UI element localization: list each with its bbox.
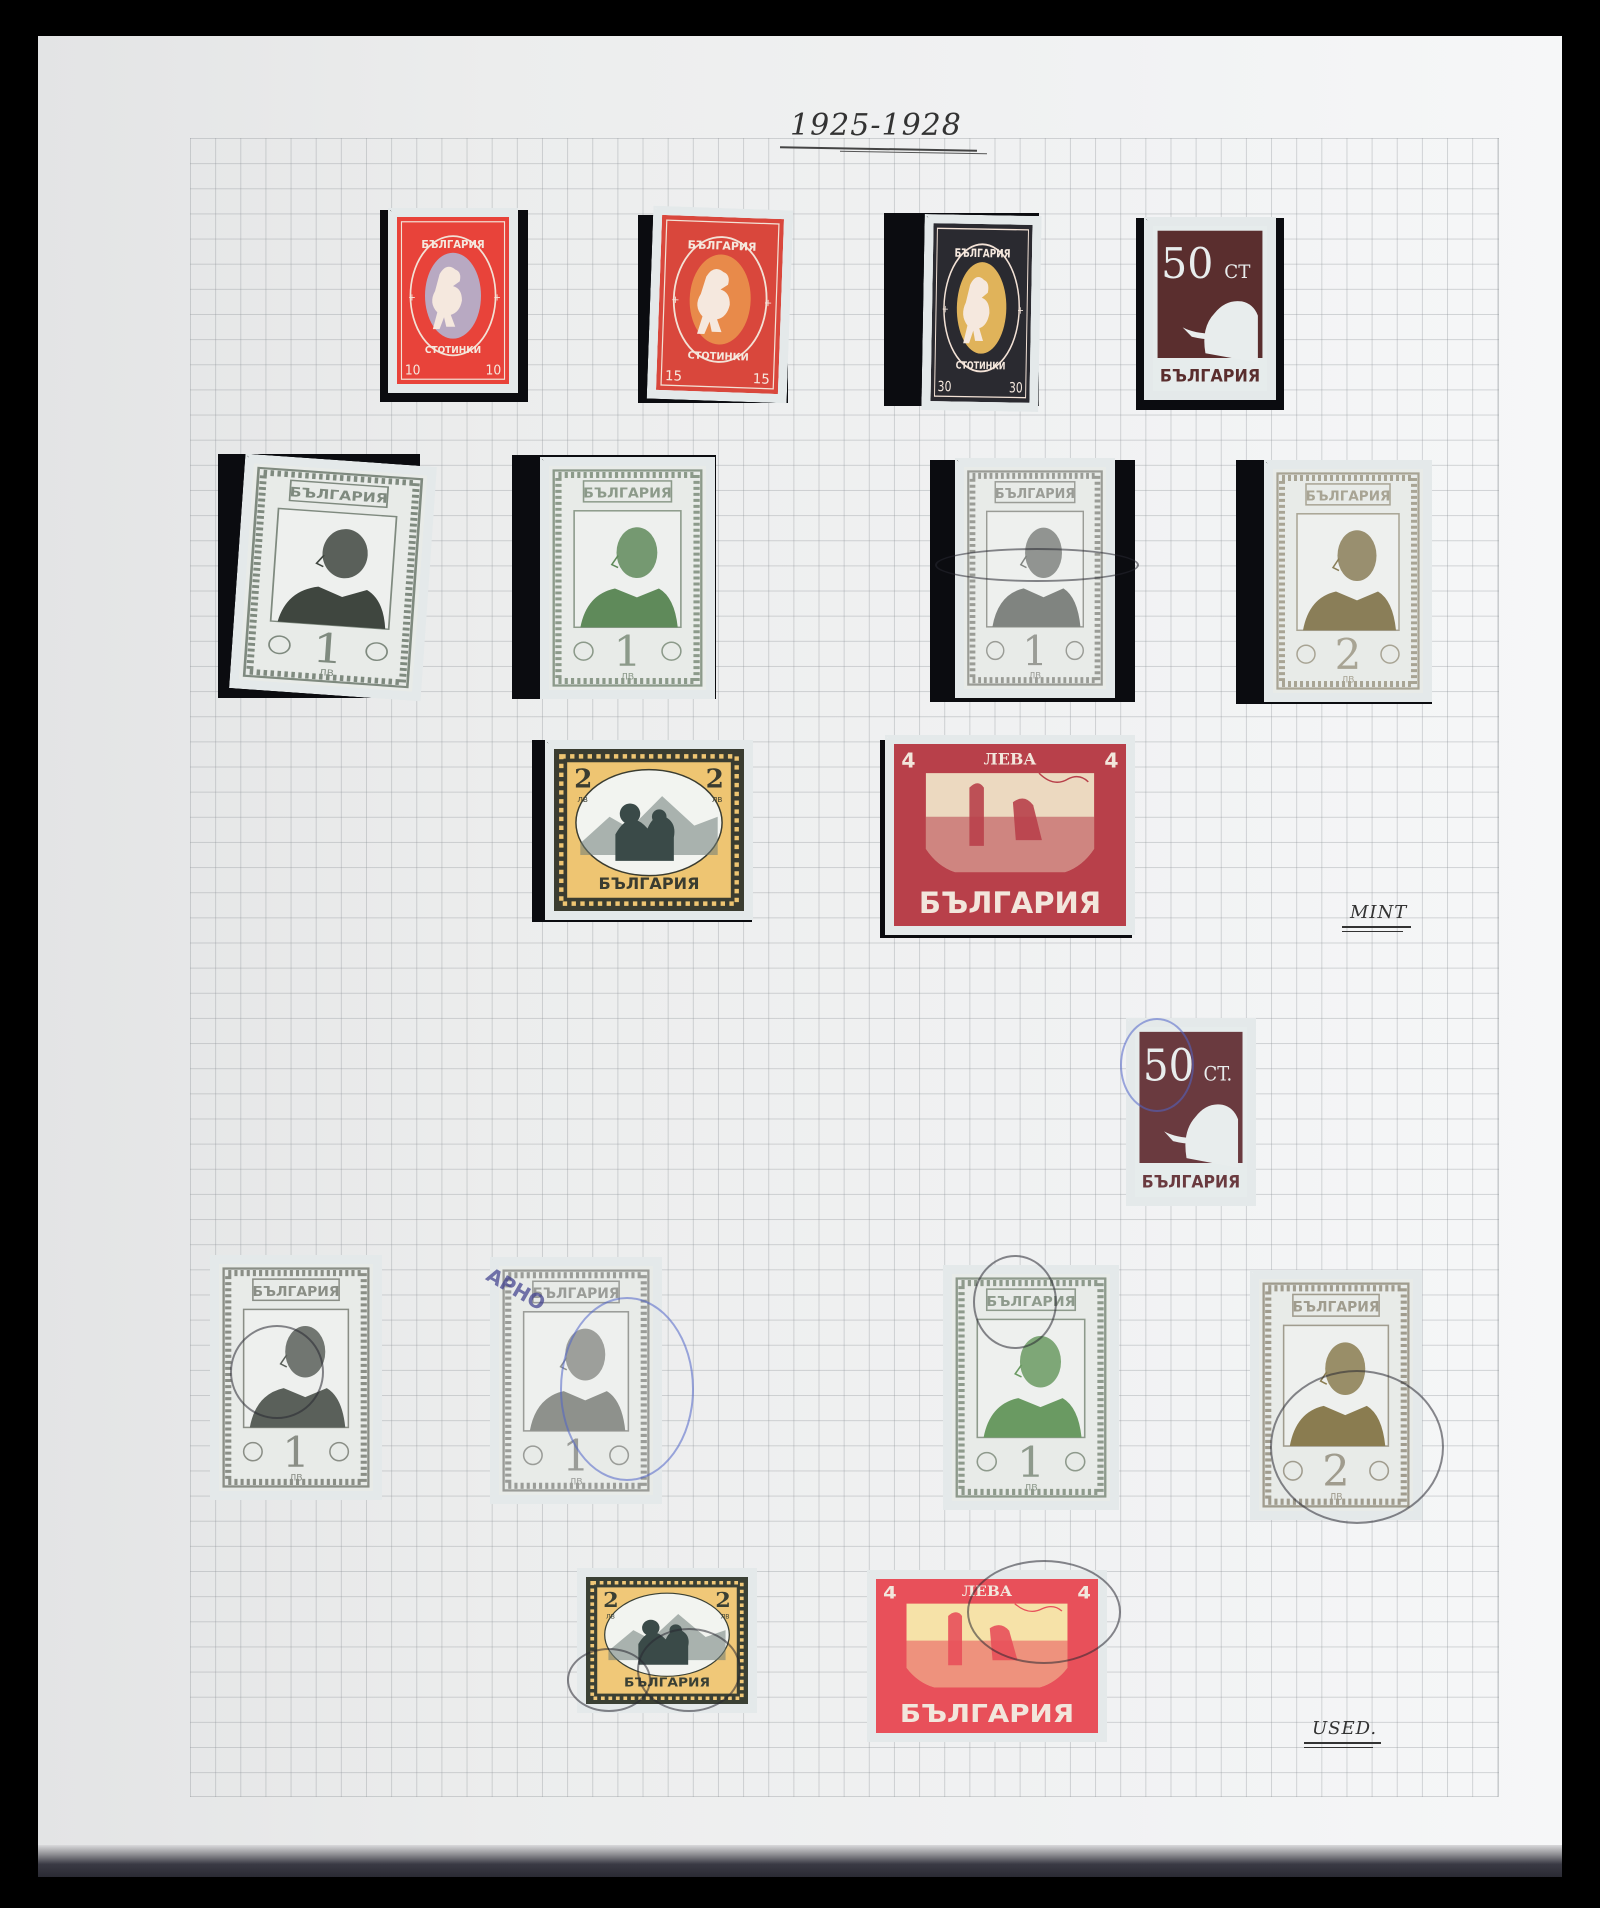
stamp-design: БЪЛГАРИЯ 1 ЛВ bbox=[549, 466, 706, 690]
svg-text:50: 50 bbox=[1143, 1040, 1194, 1091]
svg-text:1: 1 bbox=[562, 1432, 589, 1482]
stamp-used-lion-head-50: 50 CT. БЪЛГАРИЯ bbox=[1126, 1018, 1256, 1206]
svg-text:ЛВ: ЛВ bbox=[289, 1472, 302, 1483]
svg-text:БЪЛГАРИЯ: БЪЛГАРИЯ bbox=[421, 239, 484, 251]
svg-text:БЪЛГАРИЯ: БЪЛГАРИЯ bbox=[599, 874, 700, 893]
stamp-mint-lion-30: БЪЛГАРИЯ СТОТИНКИ 30 30 ++ bbox=[921, 214, 1041, 412]
svg-text:ЛВ: ЛВ bbox=[1029, 671, 1041, 681]
svg-text:БЪЛГАРИЯ: БЪЛГАРИЯ bbox=[252, 1284, 339, 1300]
stamp-design: БЪЛГАРИЯ СТОТИНКИ 15 15 ++ bbox=[656, 215, 784, 394]
stamp-mint-lion-10: БЪЛГАРИЯ СТОТИНКИ 10 10 ++ bbox=[388, 208, 518, 393]
stamp-design: БЪЛГАРИЯ 1 ЛВ bbox=[219, 1264, 373, 1491]
stamp-mint-lion-head-50: 50 CT БЪЛГАРИЯ bbox=[1144, 217, 1276, 400]
svg-text:2: 2 bbox=[1335, 630, 1362, 679]
svg-text:4: 4 bbox=[1077, 1584, 1091, 1604]
stamp-mint-portrait-1: БЪЛГАРИЯ 1 ЛВ bbox=[540, 457, 715, 699]
svg-text:2: 2 bbox=[706, 763, 724, 794]
stamp-used-harvest-4: ЛЕВА 4 4 БЪЛГАРИЯ bbox=[867, 1570, 1107, 1742]
svg-text:15: 15 bbox=[665, 368, 683, 385]
svg-text:10: 10 bbox=[485, 362, 501, 377]
svg-text:+: + bbox=[408, 292, 416, 303]
svg-text:СТОТИНКИ: СТОТИНКИ bbox=[687, 350, 749, 363]
svg-text:БЪЛГАРИЯ: БЪЛГАРИЯ bbox=[1293, 1299, 1380, 1315]
svg-text:1: 1 bbox=[614, 628, 642, 677]
stamp-design: ЛЕВА 4 4 БЪЛГАРИЯ bbox=[894, 744, 1126, 926]
stamp-mint-lion-15: БЪЛГАРИЯ СТОТИНКИ 15 15 ++ bbox=[647, 206, 794, 404]
svg-text:4: 4 bbox=[883, 1584, 897, 1604]
svg-text:СТОТИНКИ: СТОТИНКИ bbox=[956, 361, 1006, 373]
stamp-mint-portrait-1: БЪЛГАРИЯ 1 ЛВ bbox=[955, 458, 1115, 698]
svg-text:CT: CT bbox=[1224, 262, 1251, 283]
svg-text:15: 15 bbox=[753, 371, 771, 388]
svg-text:4: 4 bbox=[901, 748, 915, 772]
stamp-used-portrait-1: БЪЛГАРИЯ 1 ЛВ bbox=[210, 1255, 382, 1500]
stamp-design: БЪЛГАРИЯ 1 ЛВ bbox=[952, 1274, 1110, 1501]
stamp-design: БЪЛГАРИЯ 1 ЛВ bbox=[499, 1266, 653, 1495]
mint-label: MINT bbox=[1350, 902, 1407, 923]
svg-text:+: + bbox=[1017, 306, 1024, 317]
page-protector-edge bbox=[38, 1845, 1562, 1877]
svg-text:+: + bbox=[671, 295, 680, 306]
svg-text:БЪЛГАРИЯ: БЪЛГАРИЯ bbox=[583, 486, 672, 502]
svg-text:1: 1 bbox=[282, 1428, 309, 1478]
stamp-design: 2 2 ЛВЛВ БЪЛГАРИЯ bbox=[586, 1577, 748, 1704]
svg-text:+: + bbox=[764, 298, 773, 309]
svg-text:+: + bbox=[493, 292, 501, 303]
stamp-design: БЪЛГАРИЯ 1 ЛВ bbox=[964, 467, 1106, 689]
svg-text:ЛЕВА: ЛЕВА bbox=[962, 1584, 1013, 1600]
svg-text:БЪЛГАРИЯ: БЪЛГАРИЯ bbox=[900, 1700, 1074, 1728]
svg-text:ЛВ: ЛВ bbox=[1329, 1492, 1342, 1503]
svg-text:БЪЛГАРИЯ: БЪЛГАРИЯ bbox=[1160, 366, 1260, 385]
svg-text:ЛВ: ЛВ bbox=[1024, 1483, 1038, 1494]
svg-text:30: 30 bbox=[938, 378, 952, 395]
svg-text:ЛВ: ЛВ bbox=[606, 1614, 615, 1621]
used-label-text: USED. bbox=[1312, 1718, 1377, 1739]
svg-text:30: 30 bbox=[1009, 379, 1023, 396]
svg-text:1: 1 bbox=[1017, 1439, 1045, 1488]
stamp-design: БЪЛГАРИЯ СТОТИНКИ 10 10 ++ bbox=[397, 217, 509, 384]
svg-text:+: + bbox=[942, 304, 949, 315]
svg-text:ЛВ: ЛВ bbox=[721, 1614, 730, 1621]
stamp-mint-harvest-4: ЛЕВА 4 4 БЪЛГАРИЯ bbox=[885, 735, 1135, 935]
svg-text:ЛВ: ЛВ bbox=[1342, 676, 1355, 686]
svg-text:ЛВ: ЛВ bbox=[569, 1476, 582, 1487]
stamp-design: БЪЛГАРИЯ 2 ЛВ bbox=[1259, 1279, 1413, 1511]
page-heading-text: 1925-1928 bbox=[790, 108, 962, 143]
page-heading: 1925-1928 bbox=[790, 108, 962, 143]
svg-text:БЪЛГАРИЯ: БЪЛГАРИЯ bbox=[624, 1676, 710, 1690]
stamp-used-portrait-2: БЪЛГАРИЯ 2 ЛВ bbox=[1250, 1270, 1422, 1520]
svg-text:ЛЕВА: ЛЕВА bbox=[984, 749, 1037, 768]
stamp-design: БЪЛГАРИЯ 2 ЛВ bbox=[1273, 469, 1423, 693]
svg-text:БЪЛГАРИЯ: БЪЛГАРИЯ bbox=[919, 886, 1101, 920]
stamp-used-portrait-1: БЪЛГАРИЯ 1 ЛВ АРНО bbox=[490, 1257, 662, 1504]
stamp-mint-portrait-2: БЪЛГАРИЯ 2 ЛВ bbox=[1264, 460, 1432, 702]
svg-text:50: 50 bbox=[1161, 238, 1213, 288]
used-label: USED. bbox=[1312, 1718, 1377, 1739]
stamp-design: БЪЛГАРИЯ СТОТИНКИ 30 30 ++ bbox=[930, 223, 1032, 403]
svg-text:ЛВ: ЛВ bbox=[577, 795, 588, 804]
svg-text:БЪЛГАРИЯ: БЪЛГАРИЯ bbox=[687, 238, 756, 254]
svg-text:1: 1 bbox=[311, 624, 345, 674]
stamp-mint-portrait-1: БЪЛГАРИЯ 1 ЛВ bbox=[229, 454, 437, 702]
svg-text:БЪЛГАРИЯ: БЪЛГАРИЯ bbox=[995, 487, 1075, 502]
svg-text:2: 2 bbox=[715, 1589, 731, 1613]
stamp-mint-cathedral-2: 2 2 ЛВЛВ БЪЛГАРИЯ bbox=[545, 740, 753, 920]
stamp-design: БЪЛГАРИЯ 1 ЛВ bbox=[239, 463, 428, 692]
svg-text:БЪЛГАРИЯ: БЪЛГАРИЯ bbox=[954, 247, 1010, 261]
stamp-design: 50 CT БЪЛГАРИЯ bbox=[1153, 226, 1267, 391]
stamp-design: 50 CT. БЪЛГАРИЯ bbox=[1135, 1027, 1247, 1197]
svg-text:БЪЛГАРИЯ: БЪЛГАРИЯ bbox=[532, 1286, 619, 1302]
stamp-design: ЛЕВА 4 4 БЪЛГАРИЯ bbox=[876, 1579, 1098, 1733]
svg-text:2: 2 bbox=[603, 1589, 619, 1613]
svg-text:2: 2 bbox=[574, 763, 592, 794]
svg-text:ЛВ: ЛВ bbox=[621, 672, 635, 683]
svg-text:БЪЛГАРИЯ: БЪЛГАРИЯ bbox=[986, 1294, 1075, 1310]
svg-text:БЪЛГАРИЯ: БЪЛГАРИЯ bbox=[1142, 1172, 1240, 1192]
svg-text:2: 2 bbox=[1322, 1447, 1349, 1497]
svg-text:ЛВ: ЛВ bbox=[318, 668, 334, 679]
mint-label-text: MINT bbox=[1350, 902, 1407, 923]
svg-text:10: 10 bbox=[405, 362, 421, 377]
svg-text:CT.: CT. bbox=[1204, 1064, 1233, 1086]
stamp-used-cathedral-2: 2 2 ЛВЛВ БЪЛГАРИЯ bbox=[577, 1568, 757, 1713]
svg-text:СТОТИНКИ: СТОТИНКИ bbox=[425, 345, 481, 356]
stamp-design: 2 2 ЛВЛВ БЪЛГАРИЯ bbox=[554, 749, 744, 911]
svg-text:4: 4 bbox=[1104, 748, 1118, 772]
stamp-used-portrait-1: БЪЛГАРИЯ 1 ЛВ bbox=[943, 1265, 1119, 1510]
svg-text:1: 1 bbox=[1022, 627, 1047, 676]
svg-text:БЪЛГАРИЯ: БЪЛГАРИЯ bbox=[1306, 488, 1391, 504]
svg-text:ЛВ: ЛВ bbox=[712, 795, 723, 804]
